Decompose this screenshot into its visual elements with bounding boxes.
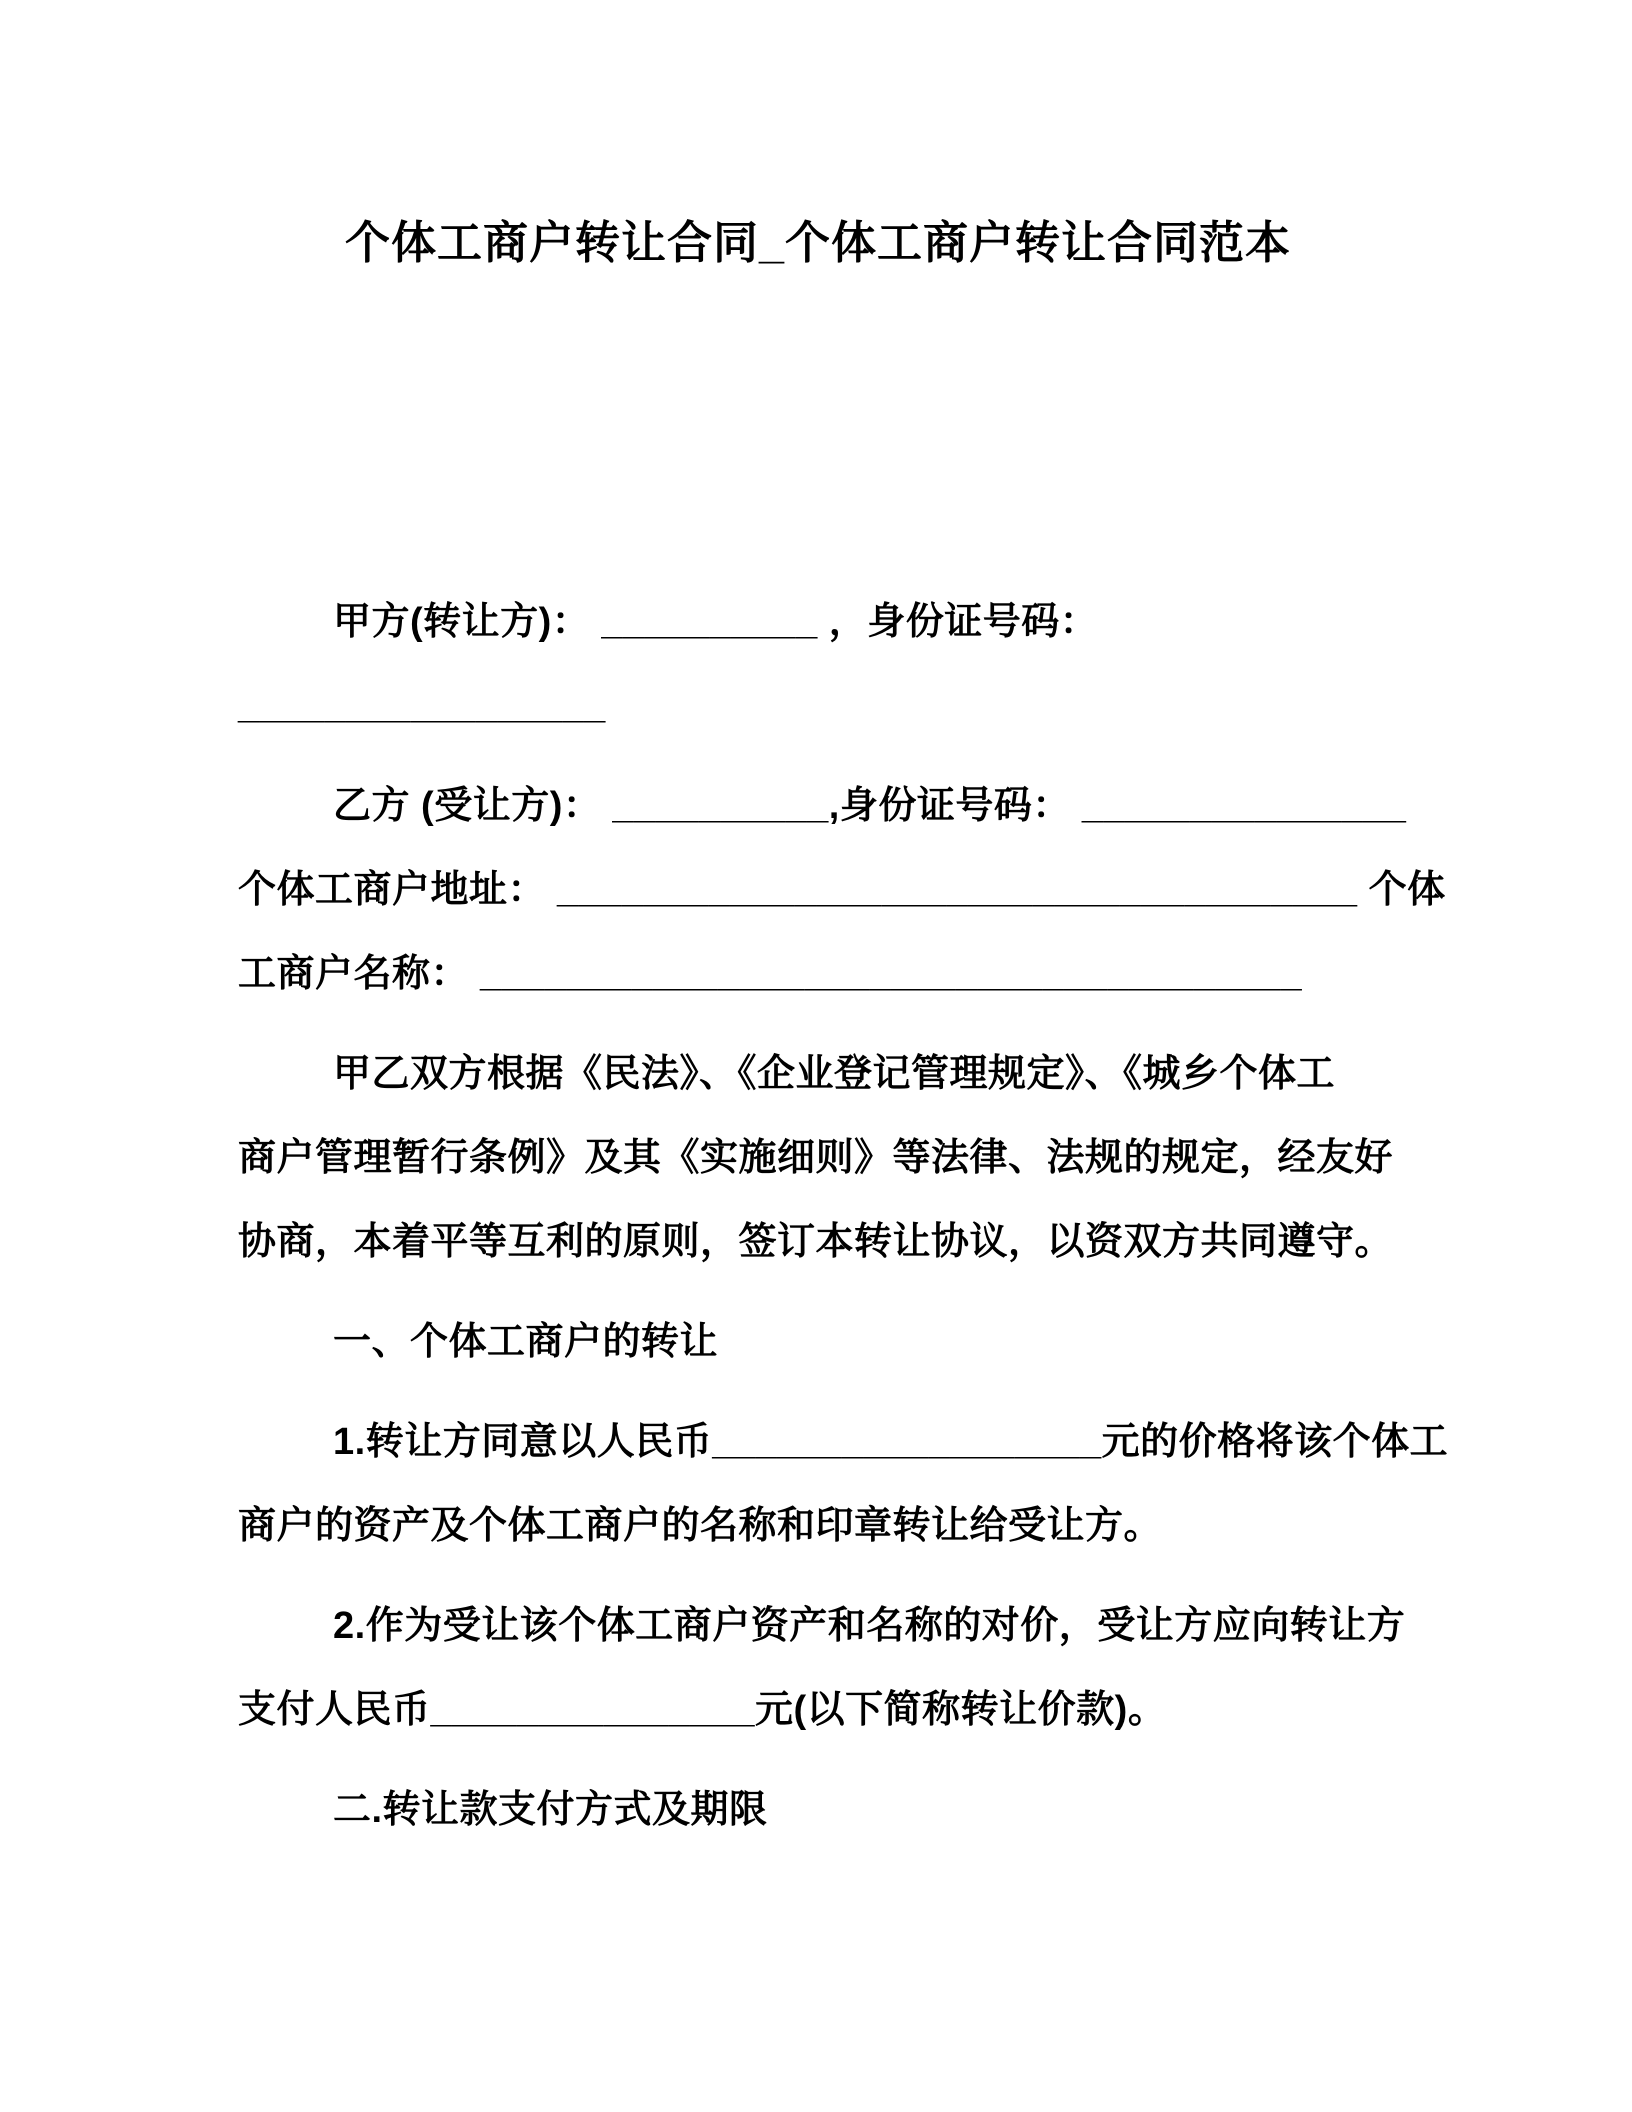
document-page: 个体工商户转让合同_个体工商户转让合同范本 甲方(转让方)： _________… bbox=[0, 0, 1632, 2112]
section-heading-one: 一、个体工商户的转让 bbox=[238, 1300, 1398, 1384]
paragraph-line: 工商户名称： _________________________________… bbox=[238, 932, 1398, 1016]
paragraph-line: 支付人民币_______________元(以下简称转让价款)。 bbox=[238, 1668, 1398, 1752]
document-content: 个体工商户转让合同_个体工商户转让合同范本 甲方(转让方)： _________… bbox=[0, 0, 1632, 1852]
paragraph-line: 商户的资产及个体工商户的名称和印章转让给受让方。 bbox=[238, 1484, 1398, 1568]
paragraph-line: 商户管理暂行条例》及其《实施细则》等法律、法规的规定，经友好 bbox=[238, 1116, 1398, 1200]
document-body: 甲方(转让方)： __________ ，身份证号码： ____________… bbox=[238, 580, 1398, 1852]
paragraph-line: 甲方(转让方)： __________ ，身份证号码： bbox=[238, 580, 1398, 664]
section-title: 一、个体工商户的转让 bbox=[238, 1300, 1398, 1384]
section-heading-two: 二.转让款支付方式及期限 bbox=[238, 1768, 1398, 1852]
section-title: 二.转让款支付方式及期限 bbox=[238, 1768, 1398, 1852]
paragraph-line: 个体工商户地址： _______________________________… bbox=[238, 848, 1398, 932]
paragraph-clause-2: 2.作为受让该个体工商户资产和名称的对价，受让方应向转让方 支付人民币_____… bbox=[238, 1584, 1398, 1752]
paragraph-line: 甲乙双方根据《民法》、《企业登记管理规定》、《城乡个体工 bbox=[238, 1032, 1398, 1116]
paragraph-line: 协商，本着平等互利的原则，签订本转让协议，以资双方共同遵守。 bbox=[238, 1200, 1398, 1284]
paragraph-line-blank: _________________ bbox=[238, 664, 1398, 748]
document-title: 个体工商户转让合同_个体工商户转让合同范本 bbox=[238, 0, 1398, 274]
paragraph-preamble: 甲乙双方根据《民法》、《企业登记管理规定》、《城乡个体工 商户管理暂行条例》及其… bbox=[238, 1032, 1398, 1284]
paragraph-party-a: 甲方(转让方)： __________ ，身份证号码： ____________… bbox=[238, 580, 1398, 748]
paragraph-line: 2.作为受让该个体工商户资产和名称的对价，受让方应向转让方 bbox=[238, 1584, 1398, 1668]
paragraph-clause-1: 1.转让方同意以人民币__________________元的价格将该个体工 商… bbox=[238, 1400, 1398, 1568]
paragraph-line: 乙方 (受让方)： __________,身份证号码： ____________… bbox=[238, 764, 1398, 848]
paragraph-party-b: 乙方 (受让方)： __________,身份证号码： ____________… bbox=[238, 764, 1398, 1016]
paragraph-line: 1.转让方同意以人民币__________________元的价格将该个体工 bbox=[238, 1400, 1398, 1484]
